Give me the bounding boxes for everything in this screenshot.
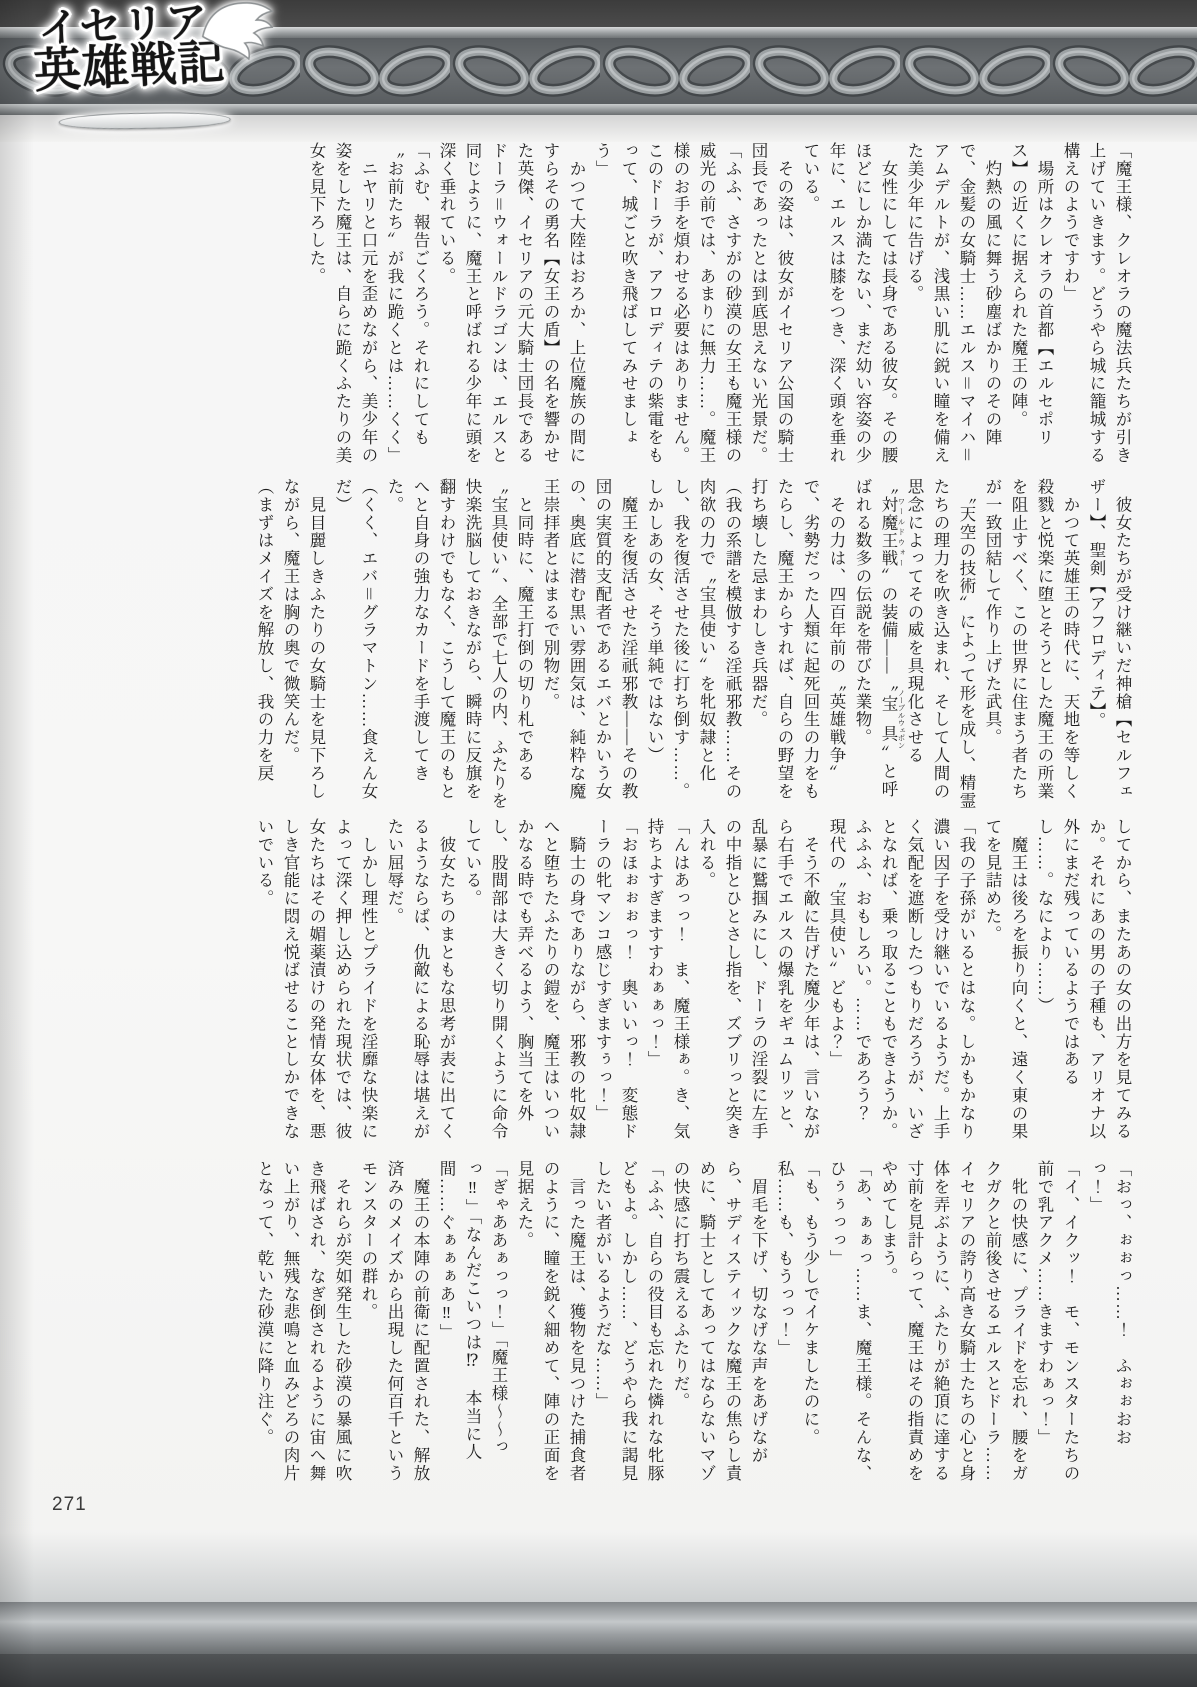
text-band-4: 「おっ、ぉぉっ……！ ふぉぉおおっ！」 「イ、イクッ！ モ、モンスターたちの前で… bbox=[56, 1160, 1135, 1496]
text-band-1: 「魔王様、クレオラの魔法兵たちが引き上げていきます。どうやら城に籠城する構えのよ… bbox=[56, 142, 1135, 470]
eagle-icon bbox=[192, 0, 279, 64]
page-gutter-shadow bbox=[0, 0, 34, 1687]
footer-banner bbox=[0, 1602, 1197, 1654]
text-band-3: してから、またあの女の出方を見てみるか。それにあの男の子種も、アリオナ以外にまだ… bbox=[56, 818, 1135, 1152]
logo-ribbon bbox=[59, 111, 231, 130]
header-banner: イセリア 英雄戦記 bbox=[0, 0, 1197, 142]
page-number: 271 bbox=[52, 1494, 87, 1516]
series-logo: イセリア 英雄戦記 bbox=[31, 0, 287, 140]
text-band-2: 彼女たちが受け継いだ神槍【セルフェザー】、聖剣【アフロディテ】。 かつて英雄王の… bbox=[56, 478, 1135, 810]
footer-fade bbox=[0, 1532, 1197, 1602]
book-page: イセリア 英雄戦記 「魔王様、クレオラの魔法兵たちが引き上げていきます。どうやら… bbox=[0, 0, 1197, 1687]
footer-bottom-strip bbox=[0, 1654, 1197, 1687]
